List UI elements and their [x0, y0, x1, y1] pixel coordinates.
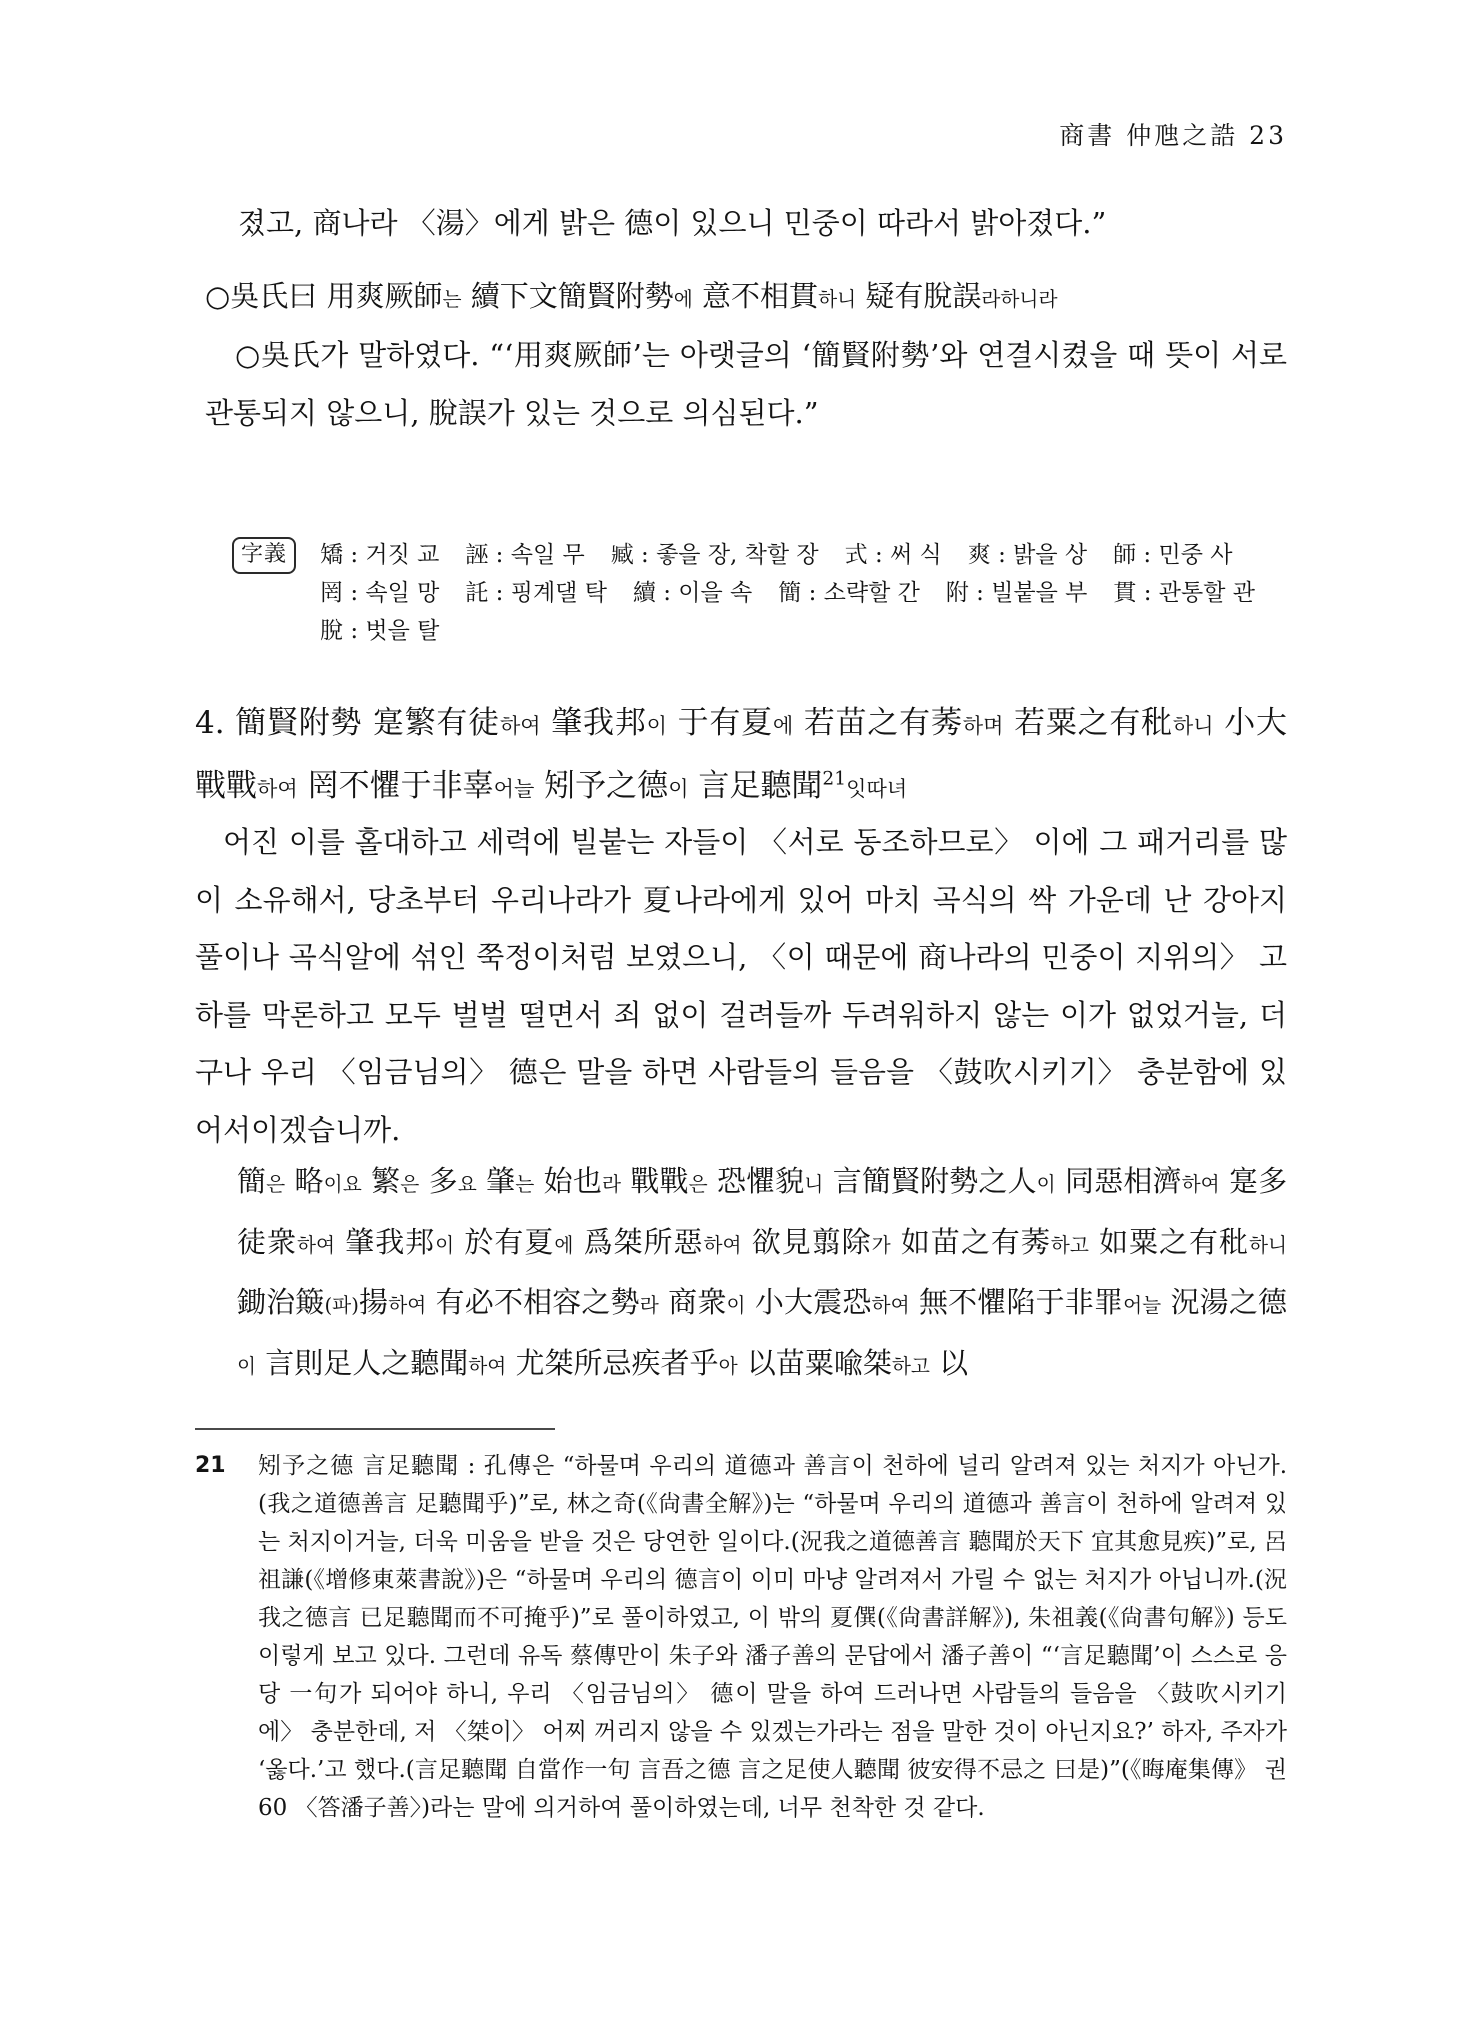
- text-segment: 罔不懼于非辜: [298, 768, 494, 804]
- text-segment: 揚: [359, 1285, 388, 1319]
- reading-particle: 어늘: [494, 776, 535, 801]
- jaui-entries: 矯 : 거짓 교誣 : 속일 무臧 : 좋을 장, 착할 장式 : 써 식爽 :…: [320, 536, 1287, 650]
- text-segment: 繁: [362, 1164, 400, 1198]
- reading-particle: 에: [674, 288, 693, 311]
- reading-particle: (파): [324, 1294, 358, 1317]
- jaui-line: 罔 : 속일 망託 : 핑계댈 탁續 : 이을 속簡 : 소략할 간附 : 빌붙…: [320, 574, 1287, 612]
- reading-particle: 하여: [872, 1294, 910, 1317]
- reading-particle: 하여: [500, 713, 541, 738]
- footnote-ref: 21: [822, 769, 846, 790]
- wu-note-korean: ○吳氏가 말하였다. “‘用爽厥師’는 아랫글의 ‘簡賢附勢’와 연결시켰을 때…: [205, 326, 1287, 442]
- reading-particle: 라: [640, 1294, 659, 1317]
- jaui-entry: 式 : 써 식: [845, 542, 942, 568]
- text-segment: 無不懼陷于非罪: [910, 1285, 1123, 1319]
- reading-particle: 어늘: [1123, 1294, 1161, 1317]
- reading-particle: 하여: [388, 1294, 426, 1317]
- text-segment: 於有夏: [454, 1225, 554, 1259]
- jaui-entry: 矯 : 거짓 교: [320, 542, 439, 568]
- section-heading: 4. 簡賢附勢 寔繁有徒하여 肇我邦이 于有夏에 若苗之有莠하며 若粟之有秕하니…: [195, 693, 1287, 819]
- reading-particle: 라: [602, 1173, 621, 1196]
- text-segment: 恐懼貌: [708, 1164, 805, 1198]
- text-segment: 言足聽聞: [689, 768, 823, 804]
- reading-particle: 은: [266, 1173, 285, 1196]
- text-segment: 疑有脫誤: [856, 279, 981, 313]
- footnote: 21 矧予之德 言足聽聞 : 孔傳은 “하물며 우리의 道德과 善言이 천하에 …: [195, 1447, 1287, 1827]
- reading-particle: 이: [237, 1355, 256, 1378]
- text-segment: 肇: [477, 1164, 515, 1198]
- closing-paragraph: 졌고, 商나라 〈湯〉에게 밝은 德이 있으니 민중이 따라서 밝아졌다.”: [238, 201, 1287, 245]
- text-segment: 多: [419, 1164, 457, 1198]
- text-segment: 于有夏: [667, 705, 773, 741]
- text-segment: ○吳氏曰 用爽厥師: [205, 279, 443, 313]
- reading-particle: 아: [719, 1355, 738, 1378]
- jaui-line: 矯 : 거짓 교誣 : 속일 무臧 : 좋을 장, 착할 장式 : 써 식爽 :…: [320, 536, 1287, 574]
- reading-particle: 하여: [297, 1234, 335, 1257]
- text-segment: 商衆: [659, 1285, 727, 1319]
- text-segment: 以: [930, 1346, 968, 1380]
- reading-particle: 하며: [963, 713, 1004, 738]
- reading-particle: 이: [1037, 1173, 1056, 1196]
- commentary-paragraph: 簡은 略이요 繁은 多요 肇는 始也라 戰戰은 恐懼貌니 言簡賢附勢之人이 同惡…: [237, 1153, 1287, 1395]
- text-segment: 言則足人之聽聞: [256, 1346, 468, 1380]
- text-segment: 鋤治簸: [237, 1285, 324, 1319]
- footnote-text: 矧予之德 言足聽聞 : 孔傳은 “하물며 우리의 道德과 善言이 천하에 널리 …: [258, 1447, 1287, 1827]
- text-segment: 始也: [534, 1164, 602, 1198]
- reading-particle: 하고: [892, 1355, 930, 1378]
- text-segment: 以苗粟喩桀: [738, 1346, 892, 1380]
- reading-particle: 이요: [324, 1173, 362, 1196]
- text-segment: 有必不相容之勢: [426, 1285, 639, 1319]
- reading-particle: 가: [872, 1234, 891, 1257]
- text-segment: 如粟之有秕: [1089, 1225, 1249, 1259]
- text-segment: 4. 簡賢附勢 寔繁有徒: [195, 705, 500, 741]
- text-segment: 若苗之有莠: [793, 705, 962, 741]
- reading-particle: 하고: [1051, 1234, 1089, 1257]
- reading-particle: 하여: [468, 1355, 506, 1378]
- jaui-entry: 爽 : 밝을 상: [968, 542, 1087, 568]
- reading-particle: 은: [689, 1173, 708, 1196]
- text-segment: 肇我邦: [541, 705, 647, 741]
- text-segment: 爲桀所惡: [573, 1225, 703, 1259]
- jaui-entry: 貫 : 관통할 관: [1113, 580, 1255, 606]
- reading-particle: 이: [726, 1294, 745, 1317]
- jaui-entry: 簡 : 소략할 간: [778, 580, 920, 606]
- text-segment: 尤桀所忌疾者乎: [506, 1346, 718, 1380]
- text-segment: 小大震恐: [746, 1285, 872, 1319]
- jaui-entry: 罔 : 속일 망: [320, 580, 439, 606]
- text-segment: 若粟之有秕: [1003, 705, 1172, 741]
- reading-particle: 는: [515, 1173, 534, 1196]
- reading-particle: 이: [647, 713, 667, 738]
- footnote-number: 21: [195, 1447, 226, 1485]
- reading-particle: 은: [400, 1173, 419, 1196]
- document-page: 商書 仲虺之誥 23 졌고, 商나라 〈湯〉에게 밝은 德이 있으니 민중이 따…: [0, 0, 1481, 2024]
- jaui-entry: 誣 : 속일 무: [465, 542, 584, 568]
- reading-particle: 하여: [703, 1234, 741, 1257]
- text-segment: 續下文簡賢附勢: [462, 279, 674, 313]
- reading-particle: 잇따녀: [846, 776, 907, 801]
- reading-particle: 하여: [1182, 1173, 1220, 1196]
- text-segment: 略: [285, 1164, 323, 1198]
- text-segment: 簡: [237, 1164, 266, 1198]
- reading-particle: 하니: [1173, 713, 1214, 738]
- reading-particle: 는: [443, 288, 462, 311]
- jaui-line: 脫 : 벗을 탈: [320, 612, 1287, 650]
- footnote-divider: [195, 1428, 555, 1430]
- text-segment: 意不相貫: [693, 279, 818, 313]
- wu-note-hanja: ○吳氏曰 用爽厥師는 續下文簡賢附勢에 意不相貫하니 疑有脫誤라하니라: [205, 274, 1287, 322]
- reading-particle: 하니: [1249, 1234, 1287, 1257]
- jaui-entry: 師 : 민중 사: [1113, 542, 1232, 568]
- text-segment: 肇我邦: [335, 1225, 435, 1259]
- text-segment: 如苗之有莠: [891, 1225, 1051, 1259]
- jaui-entry: 脫 : 벗을 탈: [320, 618, 439, 644]
- reading-particle: 에: [773, 713, 793, 738]
- jaui-entry: 附 : 빌붙을 부: [946, 580, 1088, 606]
- jaui-entry: 續 : 이을 속: [633, 580, 752, 606]
- text-segment: 矧予之德: [534, 768, 668, 804]
- reading-particle: 이: [668, 776, 688, 801]
- text-segment: 況湯之德: [1161, 1285, 1287, 1319]
- text-segment: 戰戰: [621, 1164, 689, 1198]
- jaui-label: 字義: [232, 537, 296, 574]
- jaui-entry: 臧 : 좋을 장, 착할 장: [611, 542, 819, 568]
- text-segment: 同惡相濟: [1056, 1164, 1182, 1198]
- jaui-glossary: 字義 矯 : 거짓 교誣 : 속일 무臧 : 좋을 장, 착할 장式 : 써 식…: [232, 536, 1287, 650]
- reading-particle: 니: [804, 1173, 823, 1196]
- translation-paragraph: 어진 이를 홀대하고 세력에 빌붙는 자들이 〈서로 동조하므로〉 이에 그 패…: [195, 814, 1287, 1159]
- reading-particle: 요: [458, 1173, 477, 1196]
- reading-particle: 하니: [818, 288, 856, 311]
- text-segment: 欲見翦除: [742, 1225, 872, 1259]
- reading-particle: 에: [554, 1234, 573, 1257]
- reading-particle: 이: [435, 1234, 454, 1257]
- reading-particle: 하여: [257, 776, 298, 801]
- page-header: 商書 仲虺之誥 23: [200, 116, 1287, 152]
- jaui-entry: 託 : 핑계댈 탁: [465, 580, 607, 606]
- text-segment: 言簡賢附勢之人: [823, 1164, 1036, 1198]
- reading-particle: 라하니라: [981, 288, 1057, 311]
